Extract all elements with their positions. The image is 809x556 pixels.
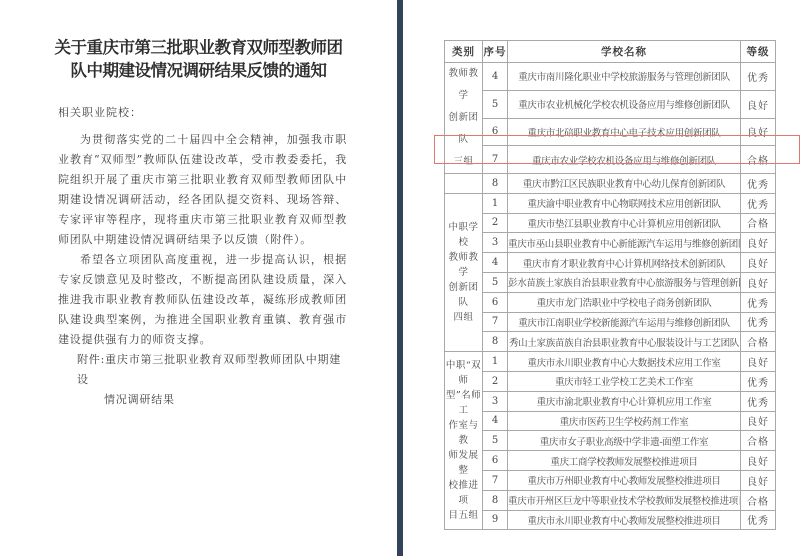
row-number: 8 [483,490,508,510]
results-table-head-row: 类别序号学校名称等级 [445,41,776,63]
grade-value: 优秀 [741,193,776,213]
school-name: 重庆市南川隆化职业中学校旅游服务与管理创新团队 [508,63,741,91]
table-row: 8重庆市开州区巨龙中等职业技术学校教师发展整校推进项目合格 [445,490,776,510]
row-number: 6 [483,292,508,312]
grade-value: 优秀 [741,174,776,194]
notice-salutation: 相关职业院校： [58,103,347,123]
school-name: 重庆市巫山县职业教育中心新能源汽车运用与维修创新团队 [508,233,741,253]
grade-value: 优秀 [741,312,776,332]
grade-value: 合格 [741,490,776,510]
category-cell: 教师教学 创新团队 三组 [445,63,483,174]
school-name: 重庆市江南职业学校新能源汽车运用与维修创新团队 [508,312,741,332]
table-row: 3重庆市巫山县职业教育中心新能源汽车运用与维修创新团队良好 [445,233,776,253]
grade-value: 良好 [741,118,776,146]
category-cell [445,174,483,194]
column-header: 类别 [445,41,483,63]
school-name: 重庆市垫江县职业教育中心计算机应用创新团队 [508,213,741,233]
document-canvas: 关于重庆市第三批职业教育双师型教师团 队中期建设情况调研结果反馈的通知 相关职业… [0,0,809,556]
grade-value: 良好 [741,411,776,431]
school-name: 彭水苗族土家族自治县职业教育中心旅游服务与管理创新团队 [508,272,741,292]
row-number: 5 [483,90,508,118]
row-number: 4 [483,411,508,431]
row-number: 8 [483,332,508,352]
school-name: 重庆市女子职业高级中学非遗-面塑工作室 [508,431,741,451]
table-row: 5重庆市农业机械化学校农机设备应用与维修创新团队良好 [445,90,776,118]
school-name: 重庆市永川职业教育中心大数据技术应用工作室 [508,352,741,372]
table-row: 7重庆市江南职业学校新能源汽车运用与维修创新团队优秀 [445,312,776,332]
row-number: 1 [483,352,508,372]
grade-value: 良好 [741,272,776,292]
table-row: 中职学校 教师教学 创新团队 四组1重庆渝中职业教育中心物联网技术应用创新团队优… [445,193,776,213]
notice-page: 关于重庆市第三批职业教育双师型教师团 队中期建设情况调研结果反馈的通知 相关职业… [0,0,397,556]
row-number: 2 [483,213,508,233]
results-page: 类别序号学校名称等级 教师教学 创新团队 三组4重庆市南川隆化职业中学校旅游服务… [403,0,809,556]
school-name: 重庆市农业机械化学校农机设备应用与维修创新团队 [508,90,741,118]
row-number: 8 [483,174,508,194]
row-number: 1 [483,193,508,213]
grade-value: 合格 [741,146,776,174]
column-header: 学校名称 [508,41,741,63]
table-row: 3重庆市渝北职业教育中心计算机应用工作室优秀 [445,391,776,411]
grade-value: 优秀 [741,63,776,91]
grade-value: 优秀 [741,510,776,530]
table-row: 8秀山土家族苗族自治县职业教育中心服装设计与工艺团队合格 [445,332,776,352]
row-number: 6 [483,451,508,471]
grade-value: 良好 [741,451,776,471]
school-name: 重庆市永川职业教育中心教师发展整校推进项目 [508,510,741,530]
table-row: 9重庆市永川职业教育中心教师发展整校推进项目优秀 [445,510,776,530]
school-name: 重庆市农业学校农机设备应用与维修创新团队 [508,146,741,174]
highlighted-table-row: 8重庆市黔江区民族职业教育中心幼儿保育创新团队优秀 [445,174,776,194]
school-name: 重庆市医药卫生学校药剂工作室 [508,411,741,431]
row-number: 6 [483,118,508,146]
row-number: 5 [483,272,508,292]
table-row: 6重庆市北碚职业教育中心电子技术应用创新团队良好 [445,118,776,146]
grade-value: 良好 [741,233,776,253]
table-row: 中职“双师 型”名师工 作室与教 师发展整 校推进项 目五组1重庆市永川职业教育… [445,352,776,372]
attachment-line-1: 附件:重庆市第三批职业教育双师型教师团队中期建设 [77,350,347,390]
notice-paragraph-1: 为贯彻落实党的二十届四中全会精神，加强我市职业教育“双师型”教师队伍建设改革，受… [58,130,347,250]
table-row: 6重庆市龙门浩职业中学校电子商务创新团队优秀 [445,292,776,312]
school-name: 重庆市育才职业教育中心计算机网络技术创新团队 [508,253,741,273]
notice-title: 关于重庆市第三批职业教育双师型教师团 队中期建设情况调研结果反馈的通知 [28,36,369,82]
school-name: 重庆市黔江区民族职业教育中心幼儿保育创新团队 [508,174,741,194]
grade-value: 优秀 [741,391,776,411]
row-number: 2 [483,371,508,391]
table-row: 5重庆市女子职业高级中学非遗-面塑工作室合格 [445,431,776,451]
row-number: 3 [483,391,508,411]
school-name: 重庆市北碚职业教育中心电子技术应用创新团队 [508,118,741,146]
column-header: 序号 [483,41,508,63]
grade-value: 合格 [741,431,776,451]
grade-value: 良好 [741,470,776,490]
school-name: 重庆渝中职业教育中心物联网技术应用创新团队 [508,193,741,213]
school-name: 重庆市万州职业教育中心教师发展整校推进项目 [508,470,741,490]
grade-value: 合格 [741,213,776,233]
notice-body: 相关职业院校： 为贯彻落实党的二十届四中全会精神，加强我市职业教育“双师型”教师… [58,103,347,409]
row-number: 7 [483,470,508,490]
grade-value: 良好 [741,90,776,118]
grade-value: 良好 [741,253,776,273]
table-row: 2重庆市轻工业学校工艺美术工作室优秀 [445,371,776,391]
grade-value: 合格 [741,332,776,352]
grade-value: 优秀 [741,371,776,391]
row-number: 4 [483,253,508,273]
school-name: 重庆市轻工业学校工艺美术工作室 [508,371,741,391]
table-row: 7重庆市万州职业教育中心教师发展整校推进项目良好 [445,470,776,490]
table-row: 2重庆市垫江县职业教育中心计算机应用创新团队合格 [445,213,776,233]
school-name: 重庆市渝北职业教育中心计算机应用工作室 [508,391,741,411]
attachment-line-2: 情况调研结果 [104,390,347,409]
row-number: 4 [483,63,508,91]
column-header: 等级 [741,41,776,63]
row-number: 9 [483,510,508,530]
school-name: 秀山土家族苗族自治县职业教育中心服装设计与工艺团队 [508,332,741,352]
results-table: 类别序号学校名称等级 教师教学 创新团队 三组4重庆市南川隆化职业中学校旅游服务… [444,40,776,530]
school-name: 重庆工商学校教师发展整校推进项目 [508,451,741,471]
table-row: 5彭水苗族土家族自治县职业教育中心旅游服务与管理创新团队良好 [445,272,776,292]
row-number: 7 [483,146,508,174]
grade-value: 优秀 [741,292,776,312]
category-cell: 中职“双师 型”名师工 作室与教 师发展整 校推进项 目五组 [445,352,483,530]
table-row: 4重庆市育才职业教育中心计算机网络技术创新团队良好 [445,253,776,273]
category-cell: 中职学校 教师教学 创新团队 四组 [445,193,483,351]
school-name: 重庆市龙门浩职业中学校电子商务创新团队 [508,292,741,312]
school-name: 重庆市开州区巨龙中等职业技术学校教师发展整校推进项目 [508,490,741,510]
table-row: 教师教学 创新团队 三组4重庆市南川隆化职业中学校旅游服务与管理创新团队优秀 [445,63,776,91]
row-number: 7 [483,312,508,332]
table-row: 7重庆市农业学校农机设备应用与维修创新团队合格 [445,146,776,174]
notice-paragraph-2: 希望各立项团队高度重视，进一步提高认识，根据专家反馈意见及时整改，不断提高团队建… [58,250,347,350]
table-row: 6重庆工商学校教师发展整校推进项目良好 [445,451,776,471]
row-number: 5 [483,431,508,451]
table-row: 4重庆市医药卫生学校药剂工作室良好 [445,411,776,431]
grade-value: 良好 [741,352,776,372]
row-number: 3 [483,233,508,253]
results-table-body: 教师教学 创新团队 三组4重庆市南川隆化职业中学校旅游服务与管理创新团队优秀5重… [445,63,776,530]
